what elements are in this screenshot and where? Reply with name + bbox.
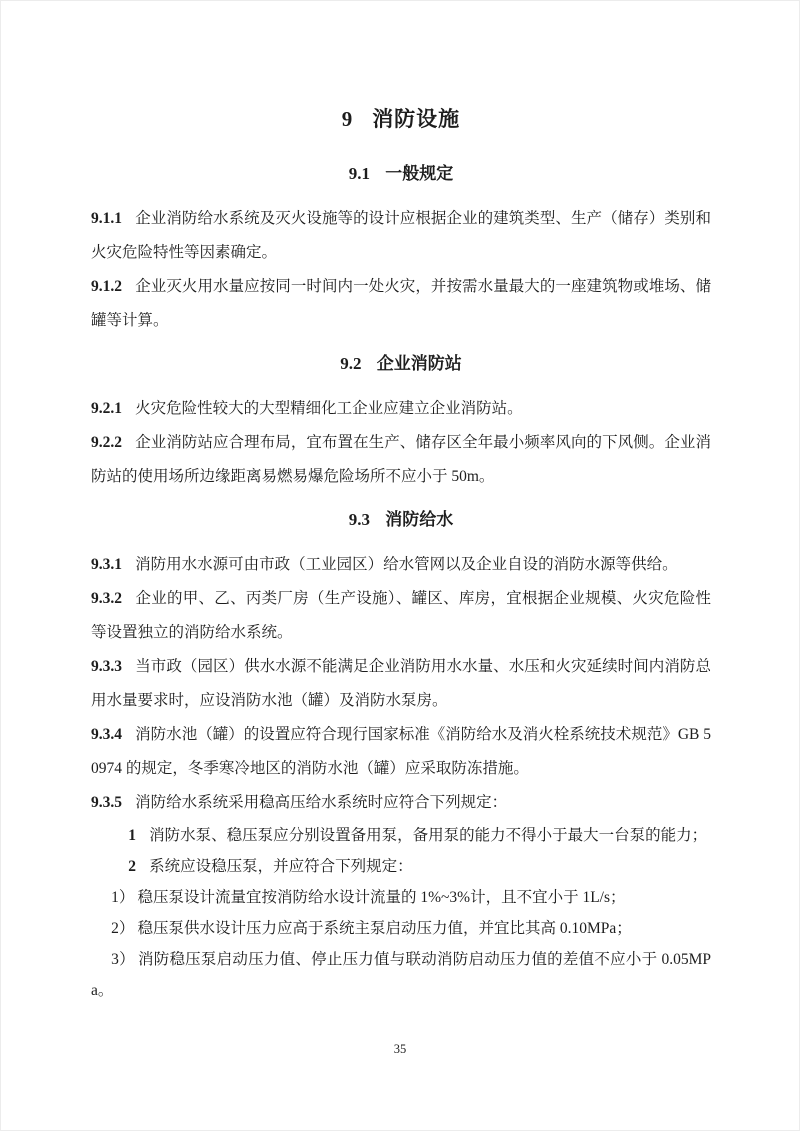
clause-paragraph: 1消防水泵、稳压泵应分别设置备用泵，备用泵的能力不得小于最大一台泵的能力； [91,820,711,851]
clause-number: 1 [128,827,136,844]
document-content: 9消防设施9.1一般规定9.1.1企业消防给水系统及灭火设施等的设计应根据企业的… [91,1,711,1006]
heading-text: 企业消防站 [377,354,462,373]
clause-text: 企业消防给水系统及灭火设施等的设计应根据企业的建筑类型、生产（储存）类别和火灾危… [91,210,711,261]
clause-number: 9.3.2 [91,590,122,607]
chapter-heading: 9消防设施 [91,104,711,134]
clause-paragraph: 9.1.2企业灭火用水量应按同一时间内一处火灾，并按需水量最大的一座建筑物或堆场… [91,270,711,338]
clause-paragraph: 9.3.4消防水池（罐）的设置应符合现行国家标准《消防给水及消火栓系统技术规范》… [91,718,711,786]
clause-number: 9.2 [340,354,361,373]
clause-number: 2 [128,858,136,875]
section-heading: 9.2企业消防站 [91,352,711,376]
clause-paragraph: 9.3.2企业的甲、乙、丙类厂房（生产设施）、罐区、库房，宜根据企业规模、火灾危… [91,582,711,650]
clause-paragraph: 9.3.5消防给水系统采用稳高压给水系统时应符合下列规定： [91,786,711,820]
clause-text: 稳压泵设计流量宜按消防给水设计流量的 1%~3%计，且不宜小于 1L/s； [138,889,626,906]
clause-number: 3） [111,951,135,968]
document-page: 9消防设施9.1一般规定9.1.1企业消防给水系统及灭火设施等的设计应根据企业的… [0,0,800,1131]
clause-paragraph: 9.2.2企业消防站应合理布局，宜布置在生产、储存区全年最小频率风向的下风侧。企… [91,426,711,494]
clause-paragraph: 9.3.3当市政（园区）供水水源不能满足企业消防用水水量、水压和火灾延续时间内消… [91,650,711,718]
heading-text: 消防给水 [385,510,453,529]
clause-number: 9.3.5 [91,794,122,811]
clause-text: 消防稳压泵启动压力值、停止压力值与联动消防启动压力值的差值不应小于 0.05MP… [91,951,711,999]
clause-text: 企业消防站应合理布局，宜布置在生产、储存区全年最小频率风向的下风侧。企业消防站的… [91,434,711,485]
clause-number: 9.3 [349,510,370,529]
clause-number: 9.2.2 [91,434,122,451]
clause-paragraph: 2系统应设稳压泵，并应符合下列规定： [91,851,711,882]
clause-number: 9.1 [349,164,370,183]
clause-text: 稳压泵供水设计压力应高于系统主泵启动压力值，并宜比其高 0.10MPa； [138,920,632,937]
clause-paragraph: 1）稳压泵设计流量宜按消防给水设计流量的 1%~3%计，且不宜小于 1L/s； [91,882,711,913]
clause-paragraph: 3）消防稳压泵启动压力值、停止压力值与联动消防启动压力值的差值不应小于 0.05… [91,944,711,1006]
clause-text: 当市政（园区）供水水源不能满足企业消防用水水量、水压和火灾延续时间内消防总用水量… [91,658,711,709]
clause-paragraph: 9.1.1企业消防给水系统及灭火设施等的设计应根据企业的建筑类型、生产（储存）类… [91,202,711,270]
clause-number: 2） [111,920,134,937]
clause-text: 系统应设稳压泵，并应符合下列规定： [149,858,413,875]
clause-text: 企业的甲、乙、丙类厂房（生产设施）、罐区、库房，宜根据企业规模、火灾危险性等设置… [91,590,711,641]
heading-text: 消防设施 [372,107,460,131]
page-number: 35 [1,1042,799,1057]
heading-text: 一般规定 [385,164,453,183]
clause-number: 9.2.1 [91,400,122,417]
clause-number: 9.3.1 [91,556,122,573]
clause-text: 消防水池（罐）的设置应符合现行国家标准《消防给水及消火栓系统技术规范》GB 50… [91,726,711,777]
clause-number: 9.3.3 [91,658,122,675]
section-heading: 9.1一般规定 [91,162,711,186]
clause-number: 9.1.1 [91,210,122,227]
clause-text: 火灾危险性较大的大型精细化工企业应建立企业消防站。 [135,400,523,417]
clause-paragraph: 2）稳压泵供水设计压力应高于系统主泵启动压力值，并宜比其高 0.10MPa； [91,913,711,944]
section-heading: 9.3消防给水 [91,508,711,532]
clause-number: 9.3.4 [91,726,122,743]
clause-paragraph: 9.3.1消防用水水源可由市政（工业园区）给水管网以及企业自设的消防水源等供给。 [91,548,711,582]
clause-number: 9.1.2 [91,278,122,295]
clause-text: 消防给水系统采用稳高压给水系统时应符合下列规定： [135,794,507,811]
clause-number: 9 [342,107,354,131]
clause-text: 企业灭火用水量应按同一时间内一处火灾，并按需水量最大的一座建筑物或堆场、储罐等计… [91,278,711,329]
clause-text: 消防用水水源可由市政（工业园区）给水管网以及企业自设的消防水源等供给。 [135,556,678,573]
clause-number: 1） [111,889,134,906]
clause-paragraph: 9.2.1火灾危险性较大的大型精细化工企业应建立企业消防站。 [91,392,711,426]
clause-text: 消防水泵、稳压泵应分别设置备用泵，备用泵的能力不得小于最大一台泵的能力； [149,827,707,844]
